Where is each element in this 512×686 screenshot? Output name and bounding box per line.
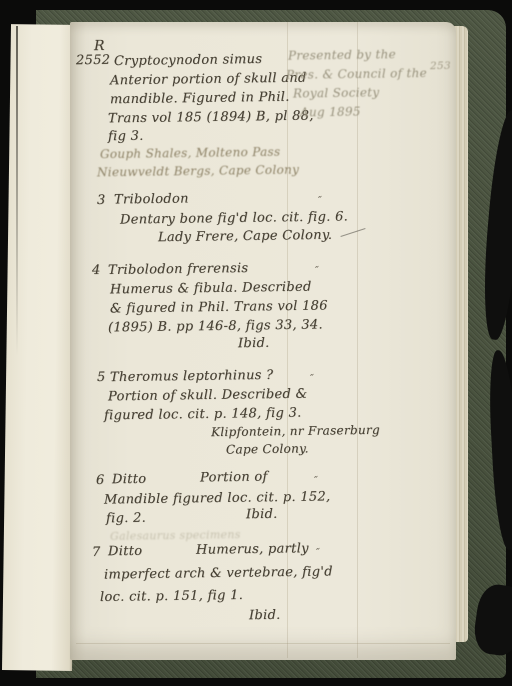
entry-number: 5 bbox=[97, 370, 106, 385]
entry-line: Portion of skull. Described & bbox=[108, 387, 308, 405]
acquisition-line: Pres. & Council of the bbox=[286, 66, 427, 82]
entry-line: Ibid. bbox=[238, 336, 270, 351]
entry-line: Humerus, partly bbox=[196, 541, 309, 558]
entry-line: fig. 2. bbox=[106, 511, 146, 527]
cover-wear-mark bbox=[487, 349, 512, 550]
entry-line: Ibid. bbox=[249, 608, 281, 623]
locality-line: Klipfontein, nr Fraserburg bbox=[211, 423, 380, 439]
entry-number: 2552 bbox=[76, 53, 111, 68]
gutter-crease bbox=[16, 26, 18, 356]
acquisition-line: Aug 1895 bbox=[300, 105, 361, 120]
entry-line: mandible. Figured in Phil. bbox=[110, 90, 290, 108]
entry-line: Humerus & fibula. Described bbox=[110, 280, 312, 298]
entry-line: Trans vol 185 (1894) B, pl 88, bbox=[108, 109, 314, 127]
pencil-note: Galesaurus specimens bbox=[110, 528, 241, 543]
species-name-line: Tribolodon frerensis bbox=[108, 261, 249, 278]
acquisition-line: Presented by the bbox=[288, 47, 396, 63]
species-name-line: Tribolodon bbox=[114, 191, 189, 207]
entry-line: figured loc. cit. p. 148, fig 3. bbox=[104, 406, 302, 424]
entry-line: Mandible figured loc. cit. p. 152, bbox=[104, 489, 331, 507]
species-name-line: Cryptocynodon simus bbox=[114, 52, 262, 69]
species-name-line: Theromus leptorhinus ? bbox=[110, 368, 274, 385]
ditto-mark: ″ bbox=[314, 474, 319, 487]
ditto-mark: ″ bbox=[316, 546, 321, 559]
entry-line: Portion of bbox=[200, 470, 268, 486]
folio-number: 253 bbox=[430, 60, 451, 72]
locality-line: Gouph Shales, Molteno Pass bbox=[100, 145, 281, 162]
cover-wear-mark bbox=[478, 109, 512, 341]
entry-number: 3 bbox=[97, 193, 106, 208]
register-letter: R bbox=[94, 38, 105, 54]
entry-line: imperfect arch & vertebrae, fig'd bbox=[104, 564, 333, 582]
locality-line: Nieuwveldt Bergs, Cape Colony bbox=[97, 163, 299, 180]
entry-number: 6 bbox=[96, 473, 105, 488]
ditto-mark: ″ bbox=[310, 372, 315, 385]
entry-line: & figured in Phil. Trans vol 186 bbox=[110, 298, 328, 316]
entry-line: loc. cit. p. 151, fig 1. bbox=[100, 588, 243, 605]
acquisition-line: Royal Society bbox=[293, 85, 380, 100]
locality-line: Cape Colony. bbox=[226, 441, 309, 456]
entry-number: 7 bbox=[92, 545, 101, 560]
entry-line: Ditto bbox=[108, 544, 143, 559]
entry-line: fig 3. bbox=[108, 129, 144, 144]
entry-line: (1895) B. pp 146-8, figs 33, 34. bbox=[108, 318, 323, 336]
bottom-rule bbox=[76, 643, 450, 644]
ditto-mark: ″ bbox=[315, 264, 320, 277]
entry-line: Dentary bone fig'd loc. cit. fig. 6. bbox=[120, 209, 348, 227]
cover-wear-mark bbox=[471, 582, 512, 658]
ditto-mark: ″ bbox=[318, 194, 323, 207]
entry-line: Lady Frere, Cape Colony. bbox=[158, 228, 332, 245]
entry-number: 4 bbox=[92, 263, 101, 278]
entry-line: Ditto bbox=[112, 472, 147, 487]
entry-line: Anterior portion of skull and bbox=[110, 71, 307, 89]
entry-line: Ibid. bbox=[246, 507, 278, 522]
register-page-photo: R 253 2552 Cryptocynodon simus Anterior … bbox=[0, 0, 512, 686]
